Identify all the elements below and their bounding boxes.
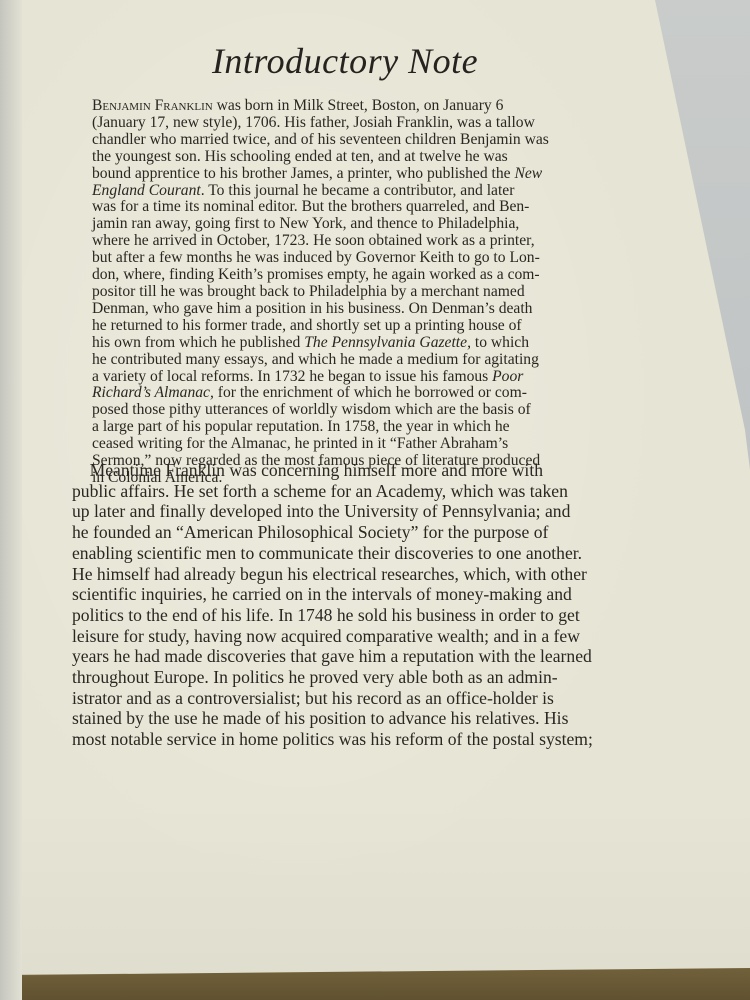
- text-run: years he had made discoveries that gave …: [72, 646, 592, 666]
- text-run: up later and finally developed into the …: [72, 501, 570, 521]
- italic-text: New: [514, 165, 542, 182]
- text-line: Richard’s Almanac, for the enrichment of…: [92, 385, 652, 402]
- text-line: he founded an “American Philosophical So…: [72, 522, 672, 543]
- text-run: stained by the use he made of his positi…: [72, 708, 568, 728]
- italic-text: Poor: [492, 368, 523, 385]
- text-run: enabling scientific men to communicate t…: [72, 543, 582, 563]
- text-run: he founded an “American Philosophical So…: [72, 522, 548, 542]
- page-content: Introductory Note Benjamin Franklin was …: [0, 0, 750, 1000]
- text-run: Denman, who gave him a position in his b…: [92, 300, 532, 317]
- text-line: a variety of local reforms. In 1732 he b…: [92, 369, 652, 386]
- text-line: ceased writing for the Almanac, he print…: [92, 436, 652, 453]
- text-line: his own from which he published The Penn…: [92, 335, 652, 352]
- text-line: He himself had already begun his electri…: [72, 564, 672, 585]
- text-line: the youngest son. His schooling ended at…: [92, 149, 652, 166]
- page-title: Introductory Note: [0, 40, 690, 82]
- text-run: throughout Europe. In politics he proved…: [72, 667, 558, 687]
- text-run: . To this journal he became a contributo…: [201, 182, 515, 199]
- text-line: but after a few months he was induced by…: [92, 250, 652, 267]
- text-line: jamin ran away, going first to New York,…: [92, 216, 652, 233]
- text-line: enabling scientific men to communicate t…: [72, 543, 672, 564]
- text-run: but after a few months he was induced by…: [92, 249, 540, 266]
- text-run: Meantime Franklin was concerning himself…: [72, 460, 543, 480]
- text-line: a large part of his popular reputation. …: [92, 419, 652, 436]
- text-line: throughout Europe. In politics he proved…: [72, 667, 672, 688]
- text-run: the youngest son. His schooling ended at…: [92, 148, 508, 165]
- text-line: bound apprentice to his brother James, a…: [92, 166, 652, 183]
- paragraph-1: Benjamin Franklin was born in Milk Stree…: [92, 98, 652, 487]
- text-run: scientific inquiries, he carried on in t…: [72, 584, 572, 604]
- text-line: up later and finally developed into the …: [72, 501, 672, 522]
- text-run: bound apprentice to his brother James, a…: [92, 165, 514, 182]
- text-line: England Courant. To this journal he beca…: [92, 183, 652, 200]
- text-line: Benjamin Franklin was born in Milk Stree…: [92, 98, 652, 115]
- text-run: He himself had already begun his electri…: [72, 564, 587, 584]
- text-run: public affairs. He set forth a scheme fo…: [72, 481, 568, 501]
- text-line: istrator and as a controversialist; but …: [72, 688, 672, 709]
- text-line: public affairs. He set forth a scheme fo…: [72, 481, 672, 502]
- text-run: ceased writing for the Almanac, he print…: [92, 435, 508, 452]
- text-line: he contributed many essays, and which he…: [92, 352, 652, 369]
- text-line: where he arrived in October, 1723. He so…: [92, 233, 652, 250]
- text-run: a large part of his popular reputation. …: [92, 418, 510, 435]
- text-line: chandler who married twice, and of his s…: [92, 132, 652, 149]
- text-run: his own from which he published: [92, 334, 304, 351]
- text-run: posed those pithy utterances of worldly …: [92, 401, 531, 418]
- text-run: leisure for study, having now acquired c…: [72, 626, 580, 646]
- text-run: to which: [471, 334, 529, 351]
- text-run: was for a time its nominal editor. But t…: [92, 198, 529, 215]
- text-line: Meantime Franklin was concerning himself…: [72, 460, 672, 481]
- text-run: most notable service in home politics wa…: [72, 729, 593, 749]
- text-run: where he arrived in October, 1723. He so…: [92, 232, 535, 249]
- text-run: he contributed many essays, and which he…: [92, 351, 539, 368]
- text-run: istrator and as a controversialist; but …: [72, 688, 554, 708]
- text-run: for the enrichment of which he borrowed …: [214, 384, 527, 401]
- italic-text: Richard’s Almanac,: [92, 384, 214, 401]
- small-caps-text: Benjamin Franklin: [92, 97, 213, 114]
- text-run: (January 17, new style), 1706. His fathe…: [92, 114, 535, 131]
- paragraph-2: Meantime Franklin was concerning himself…: [72, 460, 672, 750]
- text-line: positor till he was brought back to Phil…: [92, 284, 652, 301]
- text-line: Denman, who gave him a position in his b…: [92, 301, 652, 318]
- text-line: politics to the end of his life. In 1748…: [72, 605, 672, 626]
- text-run: chandler who married twice, and of his s…: [92, 131, 549, 148]
- text-line: posed those pithy utterances of worldly …: [92, 402, 652, 419]
- text-line: stained by the use he made of his positi…: [72, 708, 672, 729]
- text-line: years he had made discoveries that gave …: [72, 646, 672, 667]
- text-run: was born in Milk Street, Boston, on Janu…: [213, 97, 504, 114]
- text-run: positor till he was brought back to Phil…: [92, 283, 525, 300]
- text-line: was for a time its nominal editor. But t…: [92, 199, 652, 216]
- text-line: he returned to his former trade, and sho…: [92, 318, 652, 335]
- text-run: jamin ran away, going first to New York,…: [92, 215, 519, 232]
- text-run: he returned to his former trade, and sho…: [92, 317, 522, 334]
- text-line: leisure for study, having now acquired c…: [72, 626, 672, 647]
- italic-text: England Courant: [92, 182, 201, 199]
- text-line: most notable service in home politics wa…: [72, 729, 672, 750]
- text-line: don, where, finding Keith’s promises emp…: [92, 267, 652, 284]
- text-run: don, where, finding Keith’s promises emp…: [92, 266, 540, 283]
- text-run: politics to the end of his life. In 1748…: [72, 605, 580, 625]
- italic-text: The Pennsylvania Gazette,: [304, 334, 471, 351]
- text-line: (January 17, new style), 1706. His fathe…: [92, 115, 652, 132]
- text-run: a variety of local reforms. In 1732 he b…: [92, 368, 492, 385]
- text-line: scientific inquiries, he carried on in t…: [72, 584, 672, 605]
